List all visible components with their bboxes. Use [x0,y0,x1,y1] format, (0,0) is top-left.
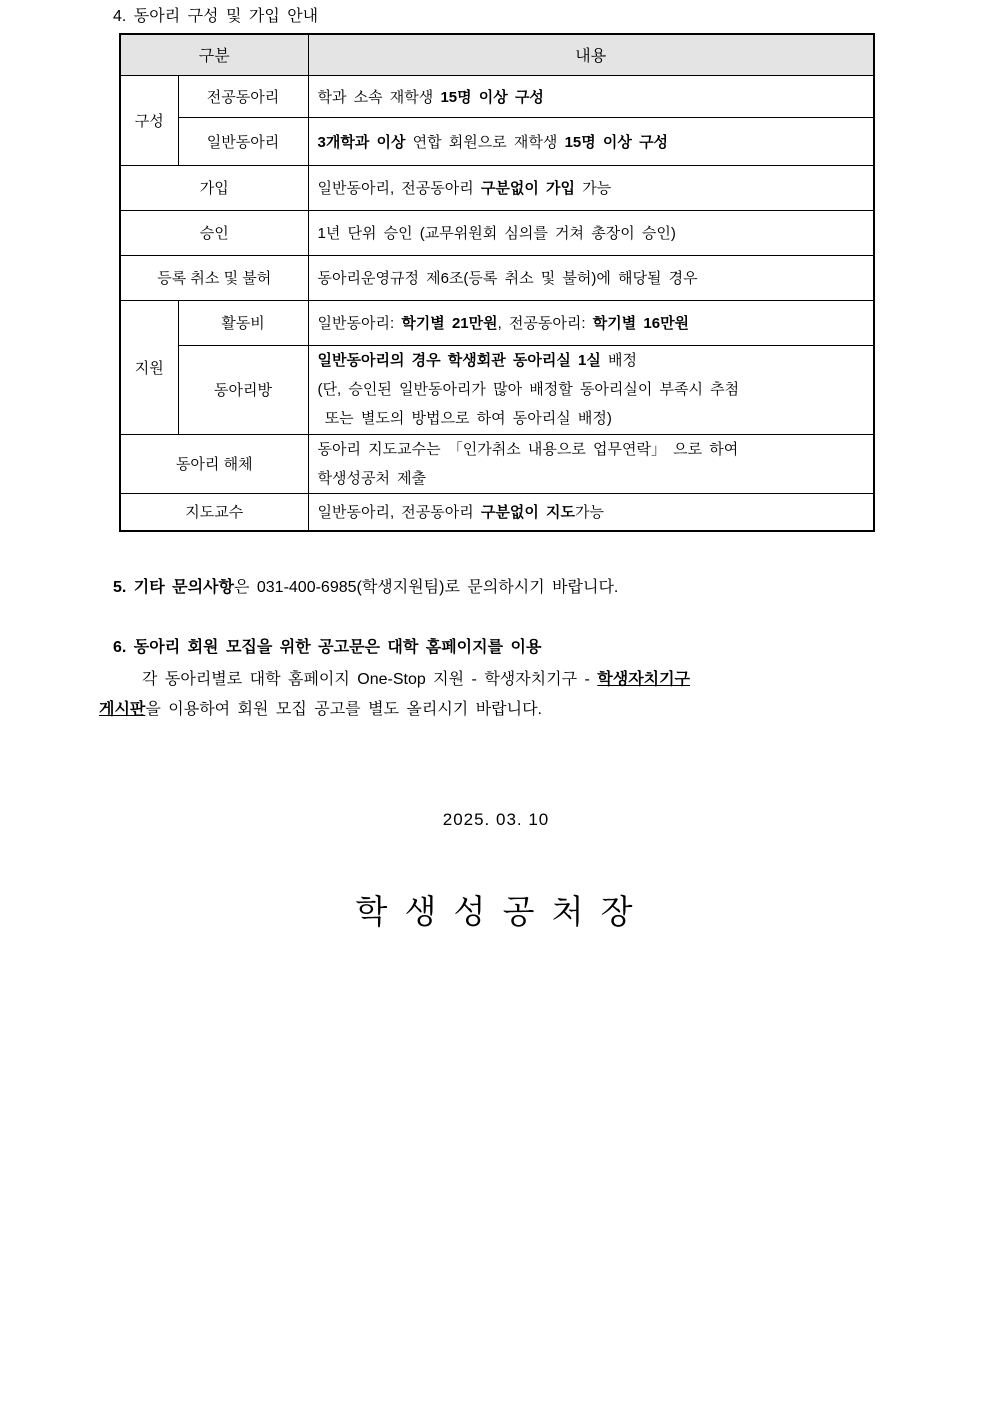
text-line: 일반동아리의 경우 학생회관 동아리실 1실 배정 [318,346,868,375]
row-label-major-club: 전공동아리 [178,75,308,117]
board-link-text: 게시판 [99,701,145,718]
cell-major-club-content: 학과 소속 재학생 15명 이상 구성 [308,75,874,117]
text-segment: 일반동아리: [318,315,402,332]
text-segment: 1년 단위 승인 (교무위원회 심의를 거쳐 총장이 승인) [318,225,676,242]
cell-approval-content: 1년 단위 승인 (교무위원회 심의를 거쳐 총장이 승인) [308,210,874,255]
text-line: 또는 별도의 방법으로 하여 동아리실 배정) [318,404,868,433]
text-line: 동아리 지도교수는 「인가취소 내용으로 업무연락」 으로 하여 [318,435,868,464]
row-label-dissolution: 동아리 해체 [120,434,308,493]
table-row-cancellation: 등록 취소 및 불허 동아리운영규정 제6조(등록 취소 및 불허)에 해당될 … [120,255,874,300]
column-header-content: 내용 [308,34,874,75]
row-label-join: 가입 [120,165,308,210]
row-label-club-room: 동아리방 [178,345,308,434]
text-line: 학생성공처 제출 [318,464,868,493]
section6-paragraph-line2: 게시판을 이용하여 회원 모집 공고를 별도 올리시기 바랍니다. [99,696,542,719]
board-link-text: 학생자치기구 [597,671,690,688]
table-row-general-club: 일반동아리 3개학과 이상 연합 회원으로 재학생 15명 이상 구성 [120,117,874,165]
text-segment: 각 동아리별로 대학 홈페이지 One-Stop 지원 - 학생자치기구 - [142,671,597,688]
text-segment: 동아리운영규정 제6조(등록 취소 및 불허)에 해당될 경우 [318,270,698,287]
table-row-activity-fee: 지원 활동비 일반동아리: 학기별 21만원, 전공동아리: 학기별 16만원 [120,300,874,345]
text-segment-bold: 구분없이 지도 [481,504,575,521]
section5-rest: 은 031-400-6985(학생지원팀)로 문의하시기 바랍니다. [234,579,618,596]
table-row-club-room: 동아리방 일반동아리의 경우 학생회관 동아리실 1실 배정(단, 승인된 일반… [120,345,874,434]
table-row-major-club: 구성 전공동아리 학과 소속 재학생 15명 이상 구성 [120,75,874,117]
text-segment-bold: 3개학과 이상 [318,134,406,151]
club-info-table: 구분 내용 구성 전공동아리 학과 소속 재학생 15명 이상 구성 일반동아리… [119,33,875,532]
row-label-general-club: 일반동아리 [178,117,308,165]
row-label-advisor: 지도교수 [120,493,308,531]
text-segment: 학과 소속 재학생 [318,89,441,106]
row-group-composition: 구성 [120,75,178,165]
text-segment: 일반동아리, 전공동아리 [318,180,481,197]
cell-activity-fee-content: 일반동아리: 학기별 21만원, 전공동아리: 학기별 16만원 [308,300,874,345]
row-label-cancellation: 등록 취소 및 불허 [120,255,308,300]
section6-paragraph-line1: 각 동아리별로 대학 홈페이지 One-Stop 지원 - 학생자치기구 - 학… [142,666,690,689]
text-segment: 을 이용하여 회원 모집 공고를 별도 올리시기 바랍니다. [145,701,542,718]
text-segment: , 전공동아리: [498,315,593,332]
table-row-dissolution: 동아리 해체 동아리 지도교수는 「인가취소 내용으로 업무연락」 으로 하여학… [120,434,874,493]
row-group-support: 지원 [120,300,178,434]
signer-title: 학 생 성 공 처 장 [0,886,992,933]
cell-dissolution-content: 동아리 지도교수는 「인가취소 내용으로 업무연락」 으로 하여학생성공처 제출 [308,434,874,493]
text-segment-bold: 학기별 16만원 [593,315,689,332]
column-header-category: 구분 [120,34,308,75]
text-segment: 가능 [575,504,604,521]
section6-heading: 6. 동아리 회원 모집을 위한 공고문은 대학 홈페이지를 이용 [113,634,541,657]
text-segment: 배정 [601,352,637,369]
text-segment: 가능 [575,180,611,197]
section4-title: 4. 동아리 구성 및 가입 안내 [113,3,318,26]
table-row-advisor: 지도교수 일반동아리, 전공동아리 구분없이 지도가능 [120,493,874,531]
text-segment-bold: 15명 이상 구성 [440,89,543,106]
cell-cancellation-content: 동아리운영규정 제6조(등록 취소 및 불허)에 해당될 경우 [308,255,874,300]
text-segment: 연합 회원으로 재학생 [405,134,564,151]
document-page: 4. 동아리 구성 및 가입 안내 구분 내용 구성 전공동아리 학과 소속 재… [0,0,992,1403]
cell-advisor-content: 일반동아리, 전공동아리 구분없이 지도가능 [308,493,874,531]
section5-bold-lead: 5. 기타 문의사항 [113,579,234,596]
table-row-approval: 승인 1년 단위 승인 (교무위원회 심의를 거쳐 총장이 승인) [120,210,874,255]
document-date: 2025. 03. 10 [0,810,992,830]
cell-club-room-content: 일반동아리의 경우 학생회관 동아리실 1실 배정(단, 승인된 일반동아리가 … [308,345,874,434]
text-segment-bold: 학기별 21만원 [401,315,497,332]
text-segment: 일반동아리, 전공동아리 [318,504,481,521]
table-row-join: 가입 일반동아리, 전공동아리 구분없이 가입 가능 [120,165,874,210]
text-line: (단, 승인된 일반동아리가 많아 배정할 동아리실이 부족시 추첨 [318,375,868,404]
cell-general-club-content: 3개학과 이상 연합 회원으로 재학생 15명 이상 구성 [308,117,874,165]
row-label-approval: 승인 [120,210,308,255]
text-segment-bold: 구분없이 가입 [481,180,575,197]
table-header-row: 구분 내용 [120,34,874,75]
cell-join-content: 일반동아리, 전공동아리 구분없이 가입 가능 [308,165,874,210]
text-segment-bold: 일반동아리의 경우 학생회관 동아리실 1실 [318,352,601,369]
section5-text: 5. 기타 문의사항은 031-400-6985(학생지원팀)로 문의하시기 바… [113,574,618,597]
text-segment-bold: 15명 이상 구성 [565,134,668,151]
row-label-activity-fee: 활동비 [178,300,308,345]
